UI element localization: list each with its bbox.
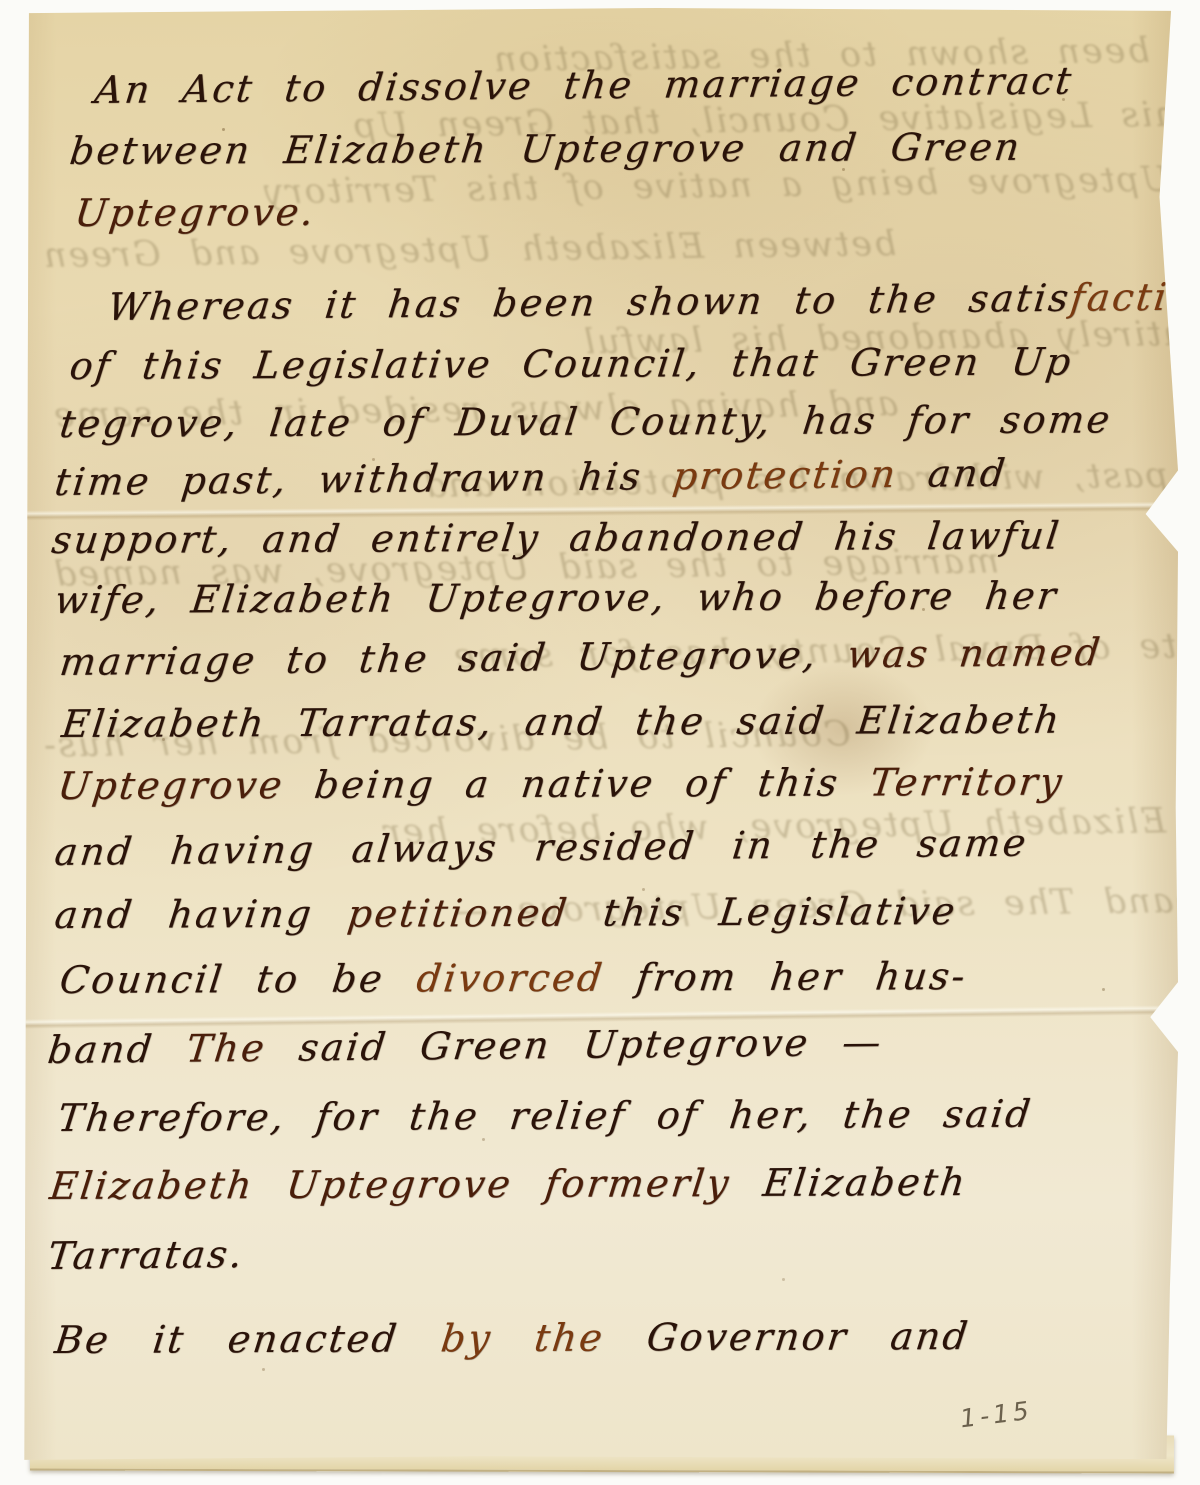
manuscript-line: band The said Green Uptegrove —: [46, 1020, 886, 1072]
manuscript-text-segment: support, and entirely abandoned his lawf…: [49, 514, 1063, 562]
manuscript-text-segment: faction: [1068, 274, 1178, 319]
manuscript-text-segment: The: [184, 1026, 269, 1071]
manuscript-line: Council to be divorced from her hus-: [57, 954, 969, 1002]
manuscript-line: support, and entirely abandoned his lawf…: [49, 514, 1063, 562]
manuscript-text-segment: time past, withdrawn his: [53, 454, 676, 504]
manuscript-line: Be it enacted by the Governor and: [52, 1314, 972, 1362]
manuscript-line: marriage to the said Uptegrove, was name…: [58, 630, 1105, 684]
page-number-pencil-mark: 1-15: [959, 1396, 1035, 1434]
manuscript-text-segment: Elizabeth Uptegrove formerly: [47, 1161, 765, 1208]
manuscript-text-segment: Uptegrove.: [72, 190, 318, 235]
manuscript-text-segment: divorced: [414, 956, 606, 1001]
manuscript-line: Uptegrove.: [72, 190, 318, 235]
manuscript-line: time past, withdrawn his protection and: [53, 451, 1010, 504]
manuscript-line: An Act to dissolve the marriage contract: [93, 59, 1076, 112]
manuscript-text-segment: Elizabeth: [761, 1160, 970, 1205]
manuscript-line: Elizabeth Tarratas, and the said Elizabe…: [59, 698, 1064, 746]
manuscript-text-segment: said Green Uptegrove —: [264, 1020, 886, 1070]
manuscript-page: Whereas it has been shown to the satisfa…: [22, 8, 1178, 1462]
manuscript-text-segment: petitioned: [345, 891, 571, 936]
manuscript-text-segment: protection: [671, 452, 900, 498]
manuscript-text-segment: and having always resided in the same: [53, 821, 1031, 874]
manuscript-line: Elizabeth Uptegrove formerly Elizabeth: [47, 1160, 969, 1208]
manuscript-text-segment: from her hus-: [601, 954, 969, 1000]
scanned-manuscript-page: { "document": { "kind": "handwritten leg…: [0, 0, 1200, 1485]
manuscript-text-segment: between Elizabeth Uptegrove and Green: [67, 125, 1024, 173]
manuscript-text-segment: tegrove, late of Duval County, has for s…: [57, 397, 1114, 446]
manuscript-text-segment: wife, Elizabeth Uptegrove, who before he…: [52, 574, 1060, 622]
manuscript-text-segment: Tarratas.: [46, 1232, 247, 1278]
manuscript-line: Uptegrove being a native of this Territo…: [55, 760, 1066, 808]
manuscript-text-segment: Therefore, for the relief of her, the sa…: [55, 1092, 1035, 1140]
manuscript-text-segment: of this Legislative Council, that Green …: [67, 340, 1075, 388]
manuscript-text-segment: Elizabeth Tarratas, and the said Elizabe…: [59, 698, 1064, 746]
manuscript-text-segment: and having: [52, 892, 350, 937]
manuscript-line: and having petitioned this Legislative: [52, 889, 959, 937]
manuscript-text-segment: Uptegrove: [55, 763, 286, 808]
manuscript-line: Therefore, for the relief of her, the sa…: [55, 1092, 1035, 1140]
manuscript-text-segment: and: [895, 451, 1010, 496]
manuscript-text-segment: Be it enacted: [52, 1316, 443, 1362]
manuscript-text-segment: Whereas it has been shown to the satis: [106, 276, 1074, 329]
manuscript-text-segment: Governor and: [602, 1314, 972, 1360]
manuscript-line: of this Legislative Council, that Green …: [67, 340, 1075, 388]
manuscript-line: between Elizabeth Uptegrove and Green: [67, 125, 1024, 173]
manuscript-line: Tarratas.: [46, 1232, 247, 1278]
manuscript-text-segment: marriage to the said Uptegrove,: [58, 632, 850, 684]
manuscript-line: wife, Elizabeth Uptegrove, who before he…: [52, 574, 1060, 622]
manuscript-line: tegrove, late of Duval County, has for s…: [57, 397, 1114, 446]
manuscript-line: and having always resided in the same: [53, 821, 1031, 874]
manuscript-text-segment: was named: [845, 630, 1105, 676]
manuscript-text-segment: being a native of this: [281, 760, 872, 807]
manuscript-text-segment: Council to be: [57, 956, 419, 1002]
manuscript-text-segment: band: [46, 1027, 189, 1072]
manuscript-text-segment: this Legislative: [566, 889, 959, 935]
manuscript-text-segment: Territory: [868, 760, 1067, 805]
manuscript-text-segment: by the: [439, 1316, 607, 1361]
manuscript-text-segment: An Act to dissolve the marriage contract: [93, 59, 1076, 112]
